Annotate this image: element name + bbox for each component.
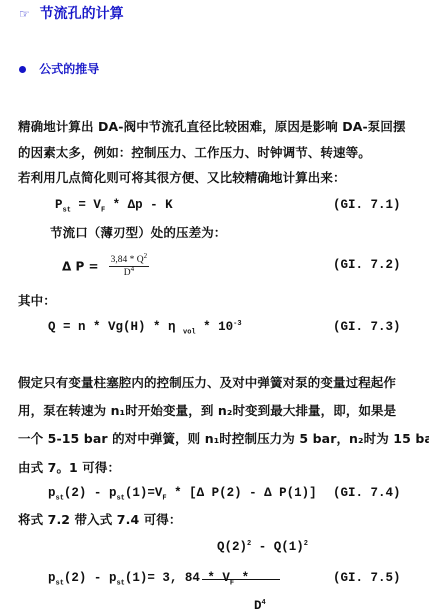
eq-superscript: 2: [304, 540, 308, 548]
eq-text: *: [234, 571, 249, 585]
from-eq-7-1-text: 由式 7。1 可得：: [18, 458, 120, 476]
equation-7-1: Pst = VF * Δp - K: [55, 198, 173, 212]
fraction-denominator: D4: [109, 267, 150, 278]
eq-subscript: st: [63, 207, 71, 215]
equation-7-3: Q = n * Vg(H) * η vol * 10-3: [48, 320, 242, 334]
eq-text: - Q(1): [251, 540, 304, 554]
eq-text: p: [48, 486, 56, 500]
equation-7-5: pst(2) - pst(1)= 3, 84 * VF *: [48, 571, 249, 585]
eq-subscript: vol: [183, 329, 196, 337]
eq-text: Δ P =: [62, 260, 103, 274]
assumption-line-3: 一个 5-15 bar 的对中弹簧，则 n₁时控制压力为 5 bar，n₂时为 …: [18, 429, 429, 447]
eq-text: (2) -: [64, 571, 109, 585]
equation-label-7-3: (GI. 7.3): [333, 320, 401, 334]
eq-text: 3,84 * Q: [111, 255, 144, 265]
eq-subscript: st: [116, 580, 124, 588]
equation-label-7-5: (GI. 7.5): [333, 571, 401, 585]
eq-text: D: [124, 268, 131, 278]
eq-superscript: -3: [233, 320, 241, 328]
equation-7-4: pst(2) - pst(1)=VF * [Δ P(2) - Δ P(1)]: [48, 486, 317, 500]
eq-text: * [Δ P(2) - Δ P(1)]: [167, 486, 317, 500]
subsection-title: 公式的推导: [19, 60, 99, 77]
fraction-numerator: 3,84 * Q2: [109, 255, 150, 267]
eq-text: * 10: [196, 320, 234, 334]
section-title: ☞ 节流孔的计算: [19, 3, 124, 23]
eq-text: (1)=V: [125, 486, 163, 500]
eq-text: = V: [71, 198, 101, 212]
equation-label-7-4: (GI. 7.4): [333, 486, 401, 500]
equation-7-5-denominator: D4: [254, 599, 266, 613]
equation-label-7-2: (GI. 7.2): [333, 258, 401, 272]
throttle-pressure-text: 节流口（薄刃型）处的压差为：: [50, 223, 226, 241]
section-title-text: 节流孔的计算: [40, 6, 124, 22]
eq-subscript: st: [56, 580, 64, 588]
hand-pointing-right-icon: ☞: [19, 7, 30, 21]
equation-7-2: Δ P = 3,84 * Q2 D4: [62, 255, 149, 278]
intro-line-1: 精确地计算出 DA-阀中节流孔直径比较困难，原因是影响 DA-泵回摆: [18, 117, 406, 135]
fraction: 3,84 * Q2 D4: [109, 255, 150, 278]
eq-superscript: 2: [144, 252, 148, 260]
where-text: 其中：: [18, 291, 56, 309]
eq-text: Q = n * Vg(H) * η: [48, 320, 183, 334]
eq-superscript: 4: [131, 265, 135, 273]
fraction-dashed-bar: [202, 579, 280, 580]
intro-line-2: 的因素太多，例如：控制压力、工作压力、时钟调节、转速等。: [18, 143, 371, 161]
eq-superscript: 4: [262, 599, 266, 607]
intro-line-3: 若利用几点简化则可将其很方便、又比较精确地计算出来：: [18, 168, 346, 186]
eq-text: P: [55, 198, 63, 212]
substitute-text: 将式 7.2 带入式 7.4 可得：: [18, 510, 182, 528]
eq-text: D: [254, 599, 262, 613]
eq-subscript: st: [56, 495, 64, 503]
bullet-icon: [19, 66, 26, 73]
eq-text: * Δp - K: [105, 198, 173, 212]
assumption-line-2: 用，泵在转速为 n₁时开始变量，到 n₂时变到最大排量，即，如果是: [18, 401, 396, 419]
eq-text: p: [48, 571, 56, 585]
eq-text: (2) -: [64, 486, 109, 500]
eq-text: Q(2): [217, 540, 247, 554]
eq-text: (1)= 3, 84 * V: [125, 571, 230, 585]
assumption-line-1: 假定只有变量柱塞腔内的控制压力、及对中弹簧对泵的变量过程起作: [18, 373, 396, 391]
eq-subscript: st: [116, 495, 124, 503]
equation-label-7-1: (GI. 7.1): [333, 198, 401, 212]
equation-7-5-numerator: Q(2)2 - Q(1)2: [217, 540, 308, 554]
subsection-title-text: 公式的推导: [39, 62, 99, 76]
